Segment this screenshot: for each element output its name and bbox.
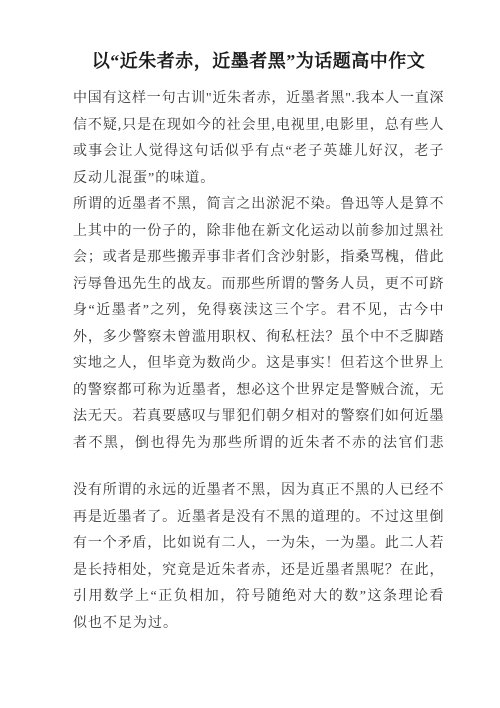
- essay-line: 再是近墨者了。近墨者是没有不黑的道理的。不过这里倒: [73, 505, 444, 532]
- essay-line: 是长持相处，究竟是近朱者赤，还是近墨者黑呢？在此，: [73, 558, 444, 585]
- essay-line: 中国有这样一句古训"近朱者赤，近墨者黑".我本人一直深: [73, 86, 444, 113]
- essay-body: 中国有这样一句古训"近朱者赤，近墨者黑".我本人一直深信不疑,只是在现如今的社会…: [73, 86, 444, 637]
- essay-line: 身“近墨者”之列，免得亵渎这三个字。君不见，古今中: [73, 298, 444, 325]
- essay-line: 没有所谓的永远的近墨者不黑，因为真正不黑的人已经不: [73, 478, 444, 505]
- essay-line: 者不黑，倒也得先为那些所谓的近朱者不赤的法官们悲哀。: [73, 431, 444, 458]
- essay-line: 法无天。若真要感叹与罪犯们朝夕相对的警察们如何近墨: [73, 404, 444, 431]
- paragraph: 没有所谓的永远的近墨者不黑，因为真正不黑的人已经不再是近墨者了。近墨者是没有不黑…: [73, 478, 444, 637]
- essay-line: 的警察都可称为近墨者，想必这个世界定是警贼合流，无: [73, 378, 444, 405]
- essay-line: 或事会让人觉得这句话似乎有点“老子英雄儿好汉，老子: [73, 139, 444, 166]
- document-page: 以“近朱者赤，近墨者黑”为话题高中作文 中国有这样一句古训"近朱者赤，近墨者黑"…: [0, 0, 500, 708]
- essay-line: 实地之人，但毕竟为数尚少。这是事实！但若这个世界上: [73, 351, 444, 378]
- essay-title: 以“近朱者赤，近墨者黑”为话题高中作文: [73, 46, 444, 76]
- essay-line: 有一个矛盾，比如说有二人，一为朱，一为墨。此二人若: [73, 531, 444, 558]
- essay-line: 上其中的一份子的，除非他在新文化运动以前参加过黑社: [73, 219, 444, 246]
- essay-line: 外，多少警察未曾滥用职权、徇私枉法？虽个中不乏脚踏: [73, 325, 444, 352]
- essay-line: 引用数学上“正负相加，符号随绝对大的数”这条理论看: [73, 584, 444, 611]
- paragraph: 中国有这样一句古训"近朱者赤，近墨者黑".我本人一直深信不疑,只是在现如今的社会…: [73, 86, 444, 192]
- essay-line: 似也不足为过。: [73, 611, 444, 638]
- essay-line: 所谓的近墨者不黑，简言之出淤泥不染。鲁迅等人是算不: [73, 192, 444, 219]
- essay-line: 信不疑,只是在现如今的社会里,电视里,电影里，总有些人: [73, 113, 444, 140]
- essay-line: 污辱鲁迅先生的战友。而那些所谓的警务人员，更不可跻: [73, 272, 444, 299]
- essay-line: 反动儿混蛋”的味道。: [73, 166, 444, 193]
- paragraph: 所谓的近墨者不黑，简言之出淤泥不染。鲁迅等人是算不上其中的一份子的，除非他在新文…: [73, 192, 444, 457]
- essay-line: 会；或者是那些搬弄事非者们含沙射影，指桑骂槐，借此: [73, 245, 444, 272]
